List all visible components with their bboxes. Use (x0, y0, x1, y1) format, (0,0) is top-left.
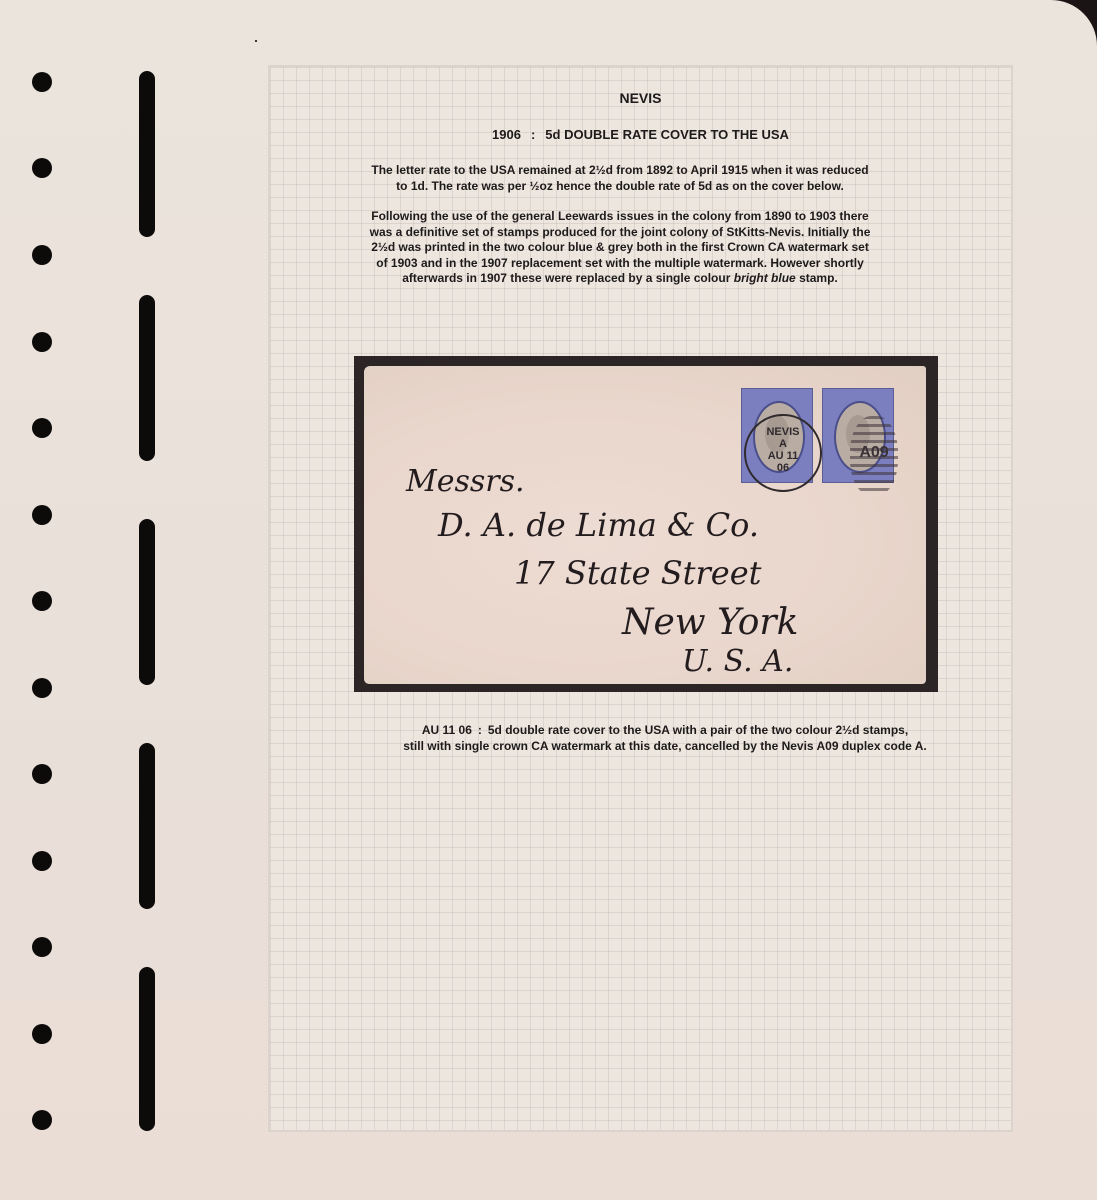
binder-hole (32, 851, 52, 871)
caption-text: 5d double rate cover to the USA with a p… (488, 723, 908, 737)
duplex-obliterator: A09 (850, 416, 898, 496)
binder-hole (32, 937, 52, 957)
binder-hole (32, 1110, 52, 1130)
binder-hole (32, 158, 52, 178)
page-title: NEVIS (268, 90, 1013, 106)
binder-slot (139, 743, 155, 909)
binder-hole (32, 764, 52, 784)
binder-hole (32, 245, 52, 265)
postmark-date: AU 11 (746, 450, 820, 462)
paragraph-line: The letter rate to the USA remained at 2… (340, 163, 900, 179)
caption-separator: : (478, 723, 482, 737)
paragraph-line: of 1903 and in the 1907 replacement set … (340, 256, 900, 272)
paragraph-line: Following the use of the general Leeward… (340, 209, 900, 225)
intro-paragraph: The letter rate to the USA remained at 2… (340, 163, 900, 194)
paragraph-line: 2½d was printed in the two colour blue &… (340, 240, 900, 256)
history-paragraph: Following the use of the general Leeward… (340, 209, 900, 287)
duplex-number: A09 (850, 444, 898, 462)
paper-speck (255, 40, 257, 42)
binder-slot (139, 519, 155, 685)
line-suffix: stamp. (796, 271, 838, 285)
binder-slot (139, 71, 155, 237)
postmark-town: NEVIS (746, 426, 820, 438)
nevis-postmark: NEVIS A AU 11 06 (744, 414, 822, 492)
subtitle-heading: 5d DOUBLE RATE COVER TO THE USA (545, 127, 789, 142)
caption-line: still with single crown CA watermark at … (370, 738, 960, 754)
cover-mount: NEVIS A AU 11 06 A09 Messrs. D. A. de Li… (354, 356, 938, 692)
cover-caption: AU 11 06:5d double rate cover to the USA… (370, 722, 960, 754)
binder-hole (32, 591, 52, 611)
subtitle-separator: : (531, 127, 535, 142)
postmark-code: A (746, 438, 820, 450)
address-line: 17 State Street (514, 554, 762, 592)
binder-hole (32, 505, 52, 525)
album-page: NEVIS 1906:5d DOUBLE RATE COVER TO THE U… (0, 0, 1097, 1200)
emphasis-bright-blue: bright blue (734, 271, 796, 285)
binder-hole (32, 418, 52, 438)
caption-line: AU 11 06:5d double rate cover to the USA… (370, 722, 960, 738)
binder-hole (32, 72, 52, 92)
address-line: U. S. A. (682, 644, 793, 679)
postmark-year: 06 (746, 462, 820, 474)
subtitle-year: 1906 (492, 127, 521, 142)
address-line: New York (622, 602, 798, 643)
binder-hole (32, 332, 52, 352)
paragraph-line: to 1d. The rate was per ½oz hence the do… (340, 179, 900, 195)
caption-date: AU 11 06 (422, 723, 472, 737)
binder-slot (139, 967, 155, 1131)
address-line: D. A. de Lima & Co. (438, 506, 759, 544)
paragraph-line: was a definitive set of stamps produced … (340, 225, 900, 241)
line-prefix: afterwards in 1907 these were replaced b… (402, 271, 733, 285)
paragraph-line: afterwards in 1907 these were replaced b… (340, 271, 900, 287)
address-line: Messrs. (406, 464, 525, 499)
binder-slot (139, 295, 155, 461)
postal-cover: NEVIS A AU 11 06 A09 Messrs. D. A. de Li… (364, 366, 926, 684)
binder-hole (32, 1024, 52, 1044)
page-subtitle: 1906:5d DOUBLE RATE COVER TO THE USA (268, 127, 1013, 142)
binder-hole (32, 678, 52, 698)
